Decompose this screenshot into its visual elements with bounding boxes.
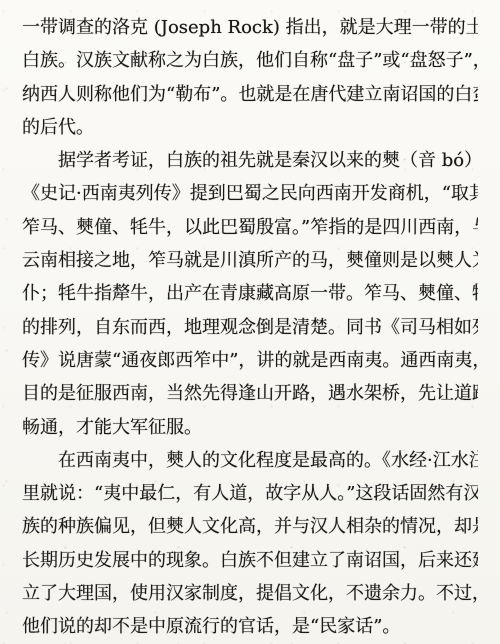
text-line: 的后代。	[22, 111, 478, 144]
text-line: 《史记·西南夷列传》提到巴蜀之民向西南开发商机，“取其	[22, 177, 478, 210]
text-line: 里就说：“夷中最仁，有人道，故字从人。”这段话固然有汉	[22, 477, 478, 510]
text-line: 一带调查的洛克 (Joseph Rock) 指出，就是大理一带的土著	[22, 11, 478, 44]
text-line: 云南相接之地，笮马就是川滇所产的马，僰僮则是以僰人为僮	[22, 244, 478, 277]
text-line: 长期历史发展中的现象。白族不但建立了南诏国，后来还建	[22, 544, 478, 577]
paragraph: 据学者考证，白族的祖先就是秦汉以来的僰（音 bó）人。 《史记·西南夷列传》提到…	[22, 144, 478, 444]
text-line: 立了大理国，使用汉家制度，提倡文化，不遗余力。不过，	[22, 577, 478, 610]
text-line: 纳西人则称他们为“勒布”。也就是在唐代建立南诏国的白蛮	[22, 78, 478, 111]
book-page: 一带调查的洛克 (Joseph Rock) 指出，就是大理一带的土著 白族。汉族…	[0, 0, 500, 644]
paragraph: 在西南夷中，僰人的文化程度是最高的。《水经·江水注》 里就说：“夷中最仁，有人道…	[22, 444, 478, 644]
text-line: 笮马、僰僮、牦牛，以此巴蜀殷富。”笮指的是四川西南，与	[22, 211, 478, 244]
text-line: 在西南夷中，僰人的文化程度是最高的。《水经·江水注》	[22, 444, 478, 477]
text-line: 白族。汉族文献称之为白族，他们自称“盘子”或“盘怒子”，	[22, 44, 478, 77]
text-line: 据学者考证，白族的祖先就是秦汉以来的僰（音 bó）人。	[22, 144, 478, 177]
paragraph: 一带调查的洛克 (Joseph Rock) 指出，就是大理一带的土著 白族。汉族…	[22, 11, 478, 144]
text-line: 畅通，才能大军征服。	[22, 411, 478, 444]
text-line: 族的种族偏见，但僰人文化高，并与汉人相杂的情况，却是	[22, 510, 478, 543]
text-line: 目的是征服西南，当然先得逢山开路，遇水架桥，先让道路	[22, 377, 478, 410]
text-line: 他们说的却不是中原流行的官话，是“民家话”。	[22, 610, 478, 643]
text-line: 传》说唐蒙“通夜郎西笮中”，讲的就是西南夷。通西南夷，	[22, 344, 478, 377]
text-line: 的排列，自东而西，地理观念倒是清楚。同书《司马相如列	[22, 311, 478, 344]
text-line: 仆；牦牛指犛牛，出产在青康藏高原一带。笮马、僰僮、牦牛	[22, 277, 478, 310]
